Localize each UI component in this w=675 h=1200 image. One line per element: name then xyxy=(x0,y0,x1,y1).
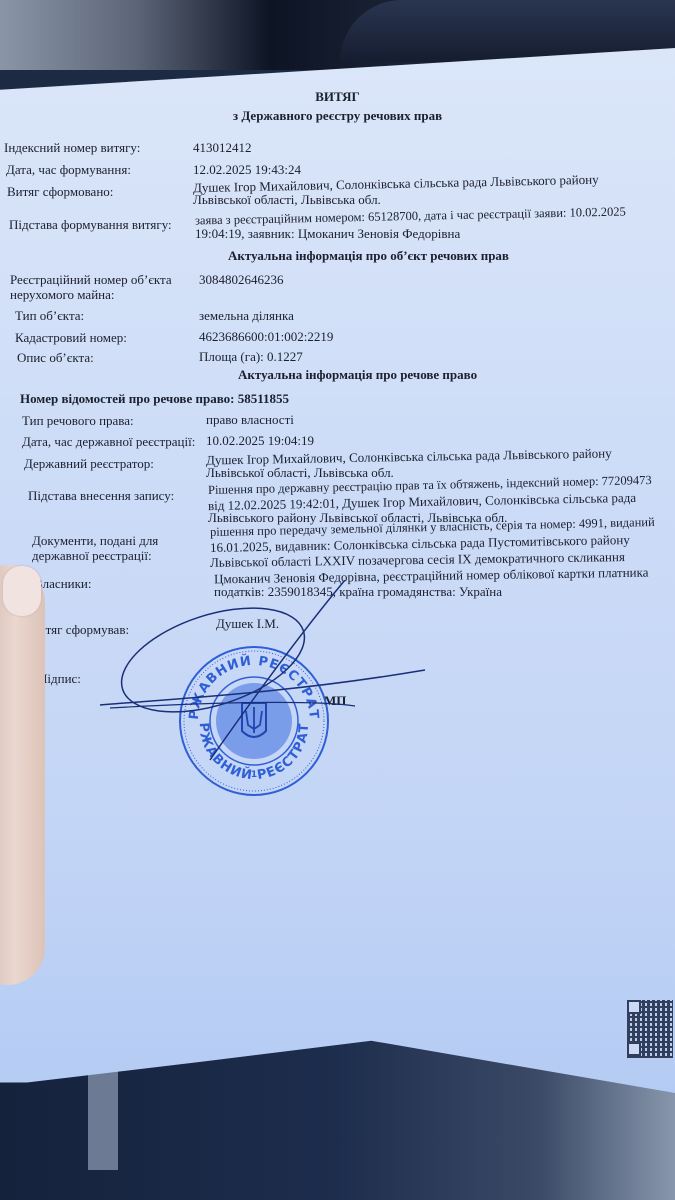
formed-by-value-line2: Львівської області, Львівська обл. xyxy=(193,192,381,207)
basis-value-line2: 19:04:19, заявник: Цмоканич Зеновія Федо… xyxy=(195,226,460,241)
qr-finder-pattern xyxy=(627,1042,641,1056)
registrar-value-line2: Львівської області, Львівська обл. xyxy=(206,465,394,480)
object-section-heading: Актуальна інформація про об’єкт речових … xyxy=(228,248,509,263)
qr-code xyxy=(627,1000,673,1058)
cadastral-number-value: 4623686600:01:002:2219 xyxy=(199,329,333,344)
object-regnum-value: 3084802646236 xyxy=(199,272,284,287)
formed-datetime-value: 12.02.2025 19:43:24 xyxy=(193,162,301,177)
cadastral-number-label: Кадастровий номер: xyxy=(15,330,127,345)
index-number-value: 413012412 xyxy=(193,140,252,155)
object-regnum-label-line1: Реєстраційний номер об’єкта xyxy=(10,272,172,287)
record-basis-label: Підстава внесення запису: xyxy=(28,488,174,503)
registrar-label: Державний реєстратор: xyxy=(24,456,154,471)
right-type-value: право власності xyxy=(206,412,294,427)
right-type-label: Тип речового права: xyxy=(22,413,134,428)
qr-finder-pattern xyxy=(627,1000,641,1014)
registration-datetime-value: 10.02.2025 19:04:19 xyxy=(206,433,314,448)
basis-label: Підстава формування витягу: xyxy=(9,217,172,232)
right-section-heading: Актуальна інформація про речове право xyxy=(238,367,477,382)
document-title: ВИТЯГ xyxy=(0,89,675,104)
object-type-label: Тип об’єкта: xyxy=(15,308,84,323)
right-record-number: Номер відомостей про речове право: 58511… xyxy=(20,391,289,406)
formed-datetime-label: Дата, час формування: xyxy=(6,162,131,177)
formed-by-label: Витяг сформовано: xyxy=(7,184,113,199)
documents-label-line2: державної реєстрації: xyxy=(32,548,152,563)
handwritten-signature xyxy=(95,580,440,780)
index-number-label: Індексний номер витягу: xyxy=(4,140,140,155)
fingernail xyxy=(3,566,41,616)
seatbelt-strap xyxy=(88,1060,118,1170)
holding-finger xyxy=(0,565,45,985)
object-type-value: земельна ділянка xyxy=(199,308,294,323)
documents-label-line1: Документи, подані для xyxy=(32,533,158,548)
document-subtitle: з Державного реєстру речових прав xyxy=(0,108,675,123)
object-description-label: Опис об’єкта: xyxy=(17,350,94,365)
object-regnum-label-line2: нерухомого майна: xyxy=(10,287,115,302)
object-description-value: Площа (га): 0.1227 xyxy=(199,349,303,364)
registration-datetime-label: Дата, час державної реєстрації: xyxy=(22,434,195,449)
